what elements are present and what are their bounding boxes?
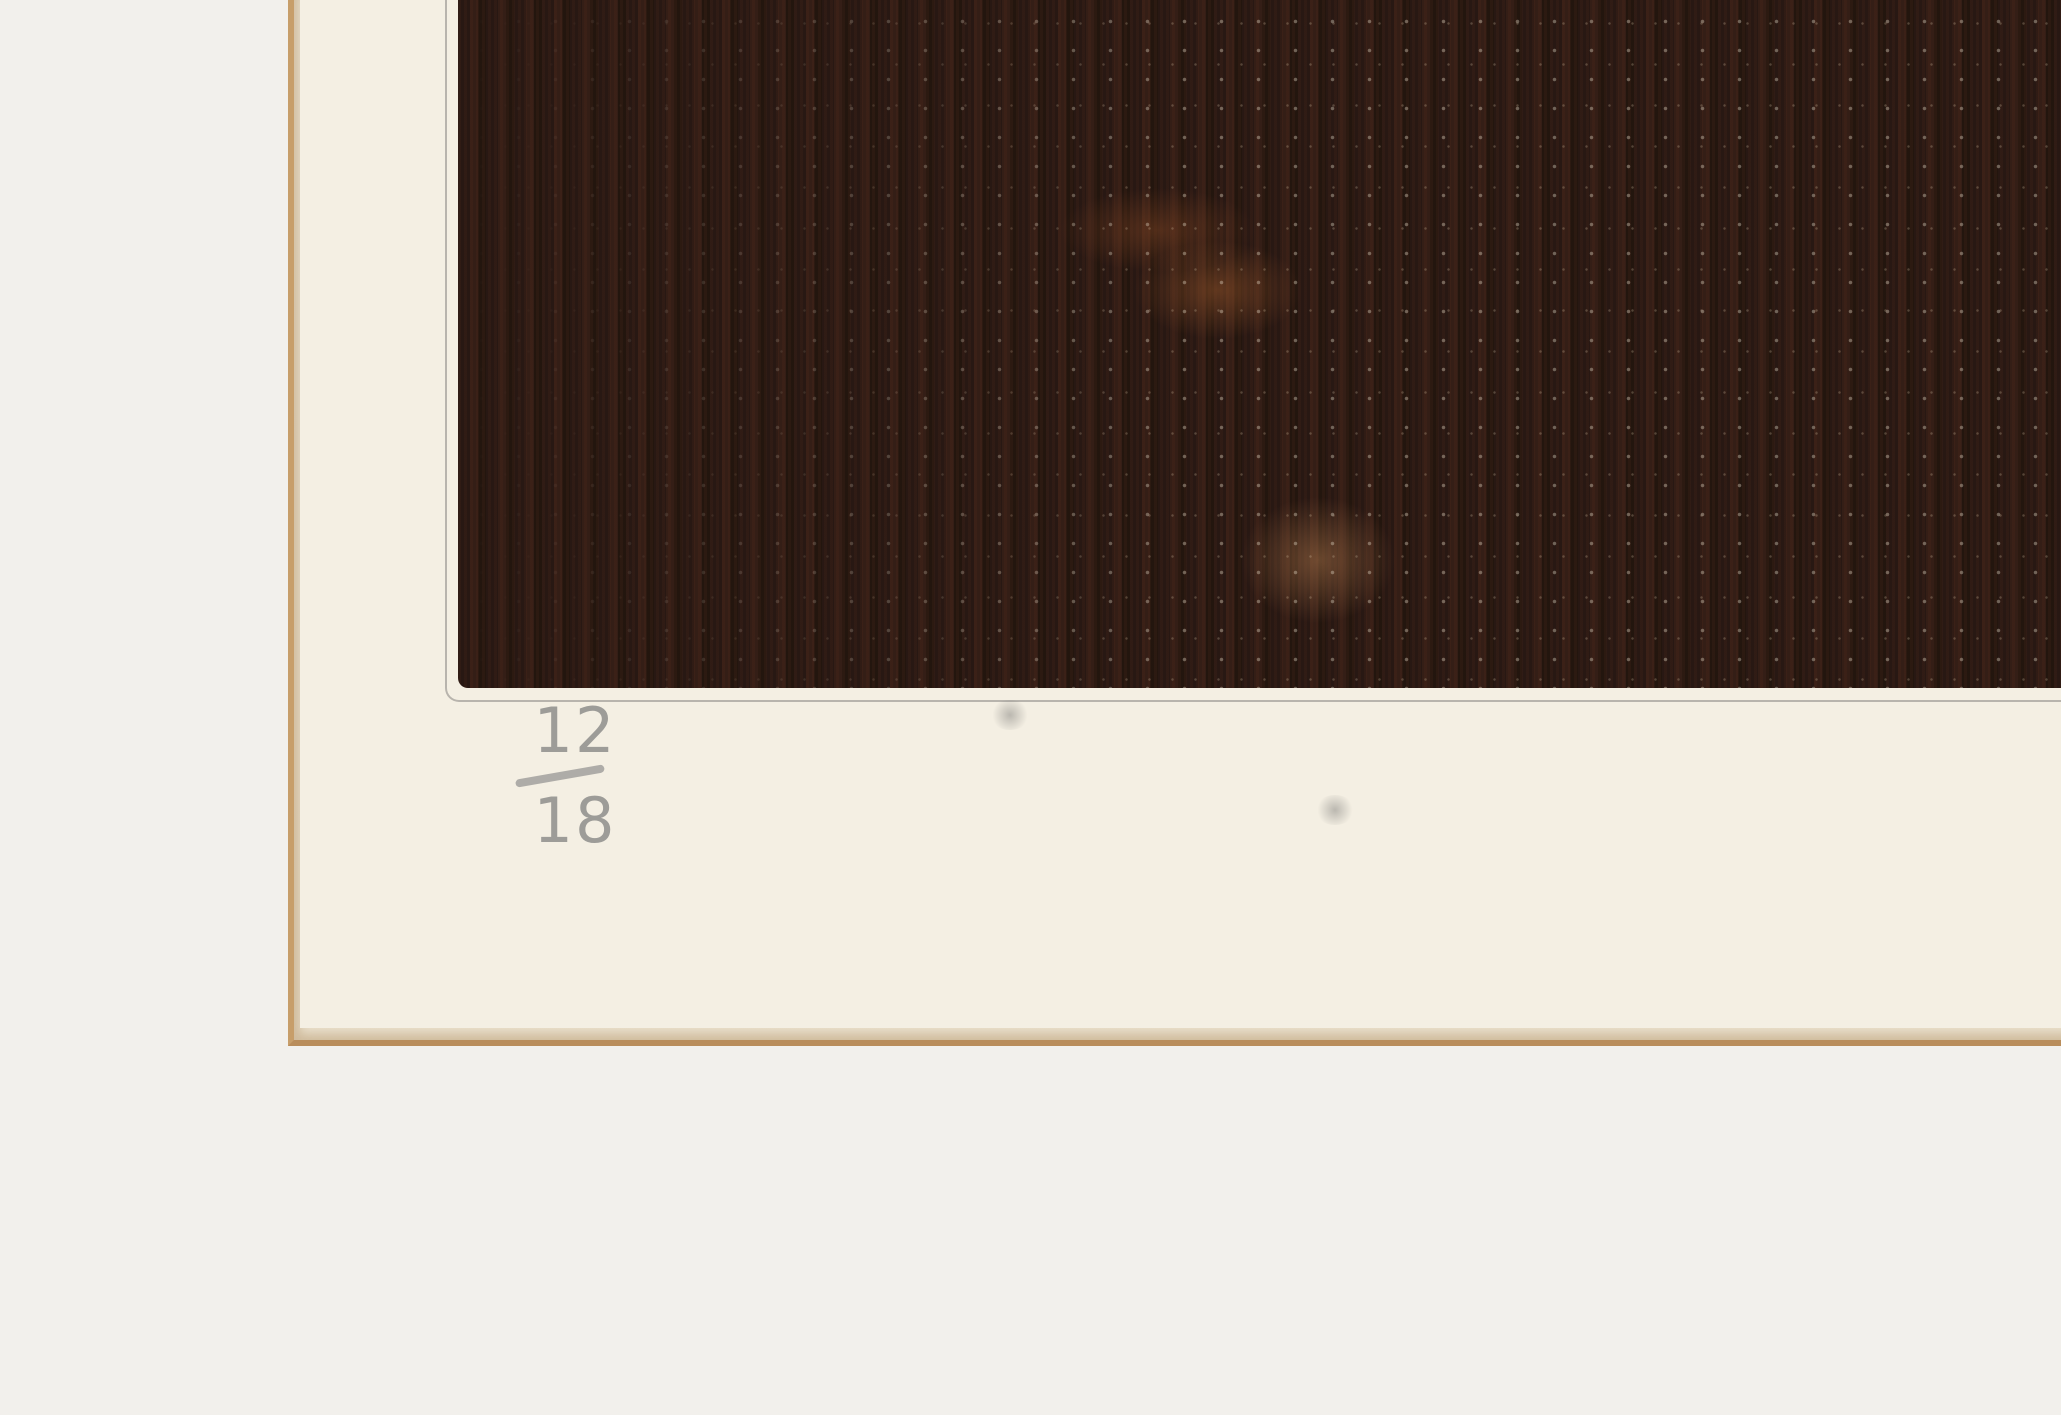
edition-denominator: 18	[505, 790, 645, 852]
printed-image-area	[458, 0, 2061, 688]
ink-texture	[458, 0, 2061, 688]
pencil-smudge	[990, 700, 1030, 730]
edition-number: 12 18	[505, 700, 645, 900]
pencil-smudge	[1315, 795, 1355, 825]
edition-numerator: 12	[505, 700, 645, 762]
